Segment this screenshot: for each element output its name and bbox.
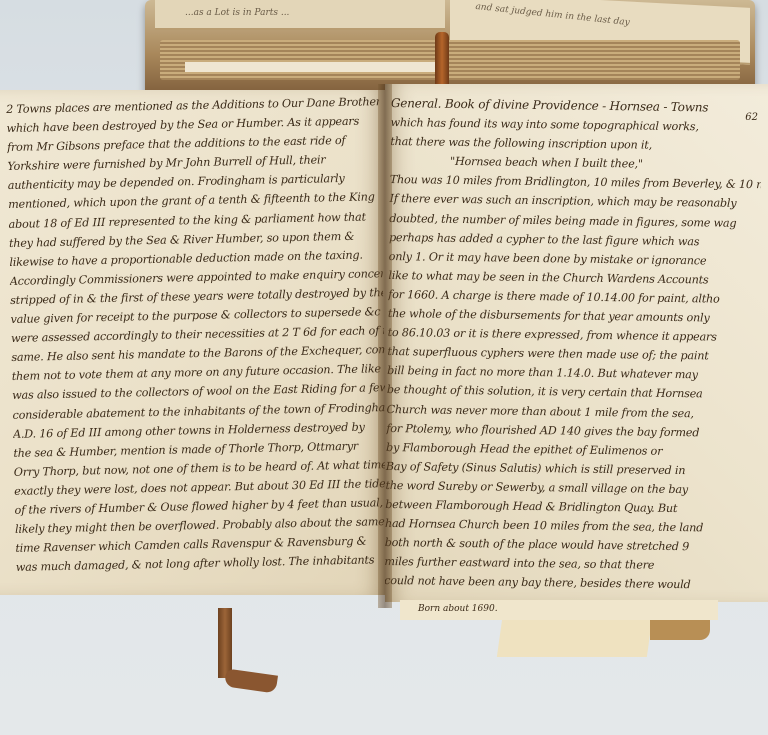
background-book-page-edges (160, 40, 740, 80)
footnote: Born about 1690. (400, 600, 718, 620)
left-page: 2 Towns places are mentioned as the Addi… (0, 90, 385, 595)
photo-scene: ...as a Lot is in Parts ... and sat judg… (0, 0, 768, 735)
footnote-text: Born about 1690. (418, 604, 498, 614)
background-book-text-left: ...as a Lot is in Parts ... (185, 8, 289, 18)
bookmark-ribbon-end (224, 668, 278, 693)
background-book-paper-strip (185, 62, 435, 72)
handwritten-line: could not have been any bay there, besid… (385, 571, 755, 595)
bookmark-ribbon-icon (218, 608, 232, 678)
right-page: 62 General. Book of divine Providence - … (385, 84, 768, 602)
book-spine-gutter (378, 84, 392, 608)
left-page-text: 2 Towns places are mentioned as the Addi… (6, 92, 385, 577)
right-page-text: General. Book of divine Providence - Hor… (385, 94, 762, 596)
